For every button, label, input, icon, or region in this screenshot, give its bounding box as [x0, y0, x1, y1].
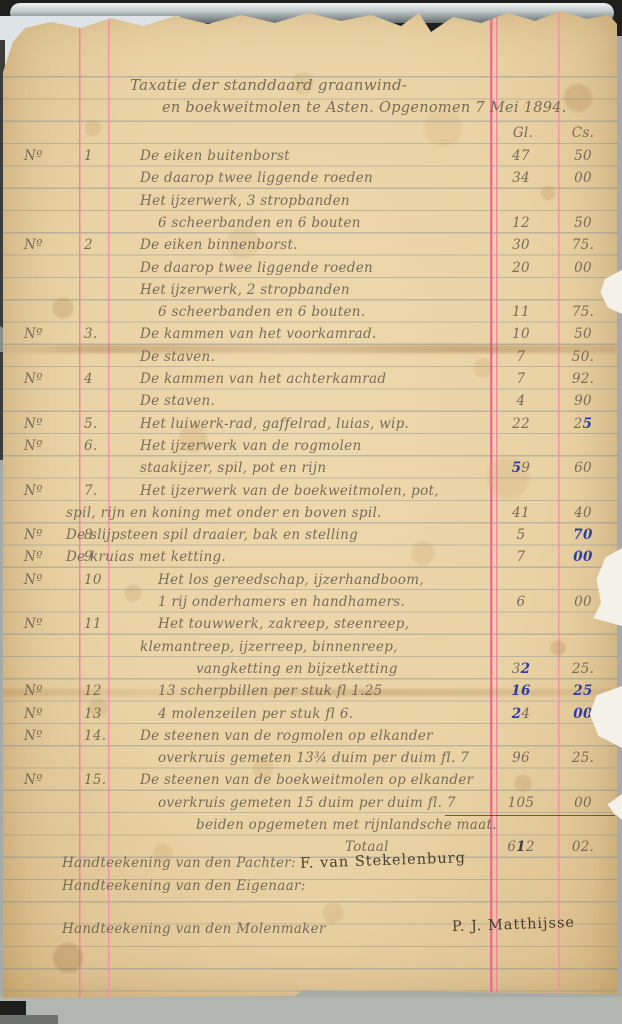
amount-cents: 75. — [556, 304, 610, 320]
item-number: 13 — [84, 706, 102, 722]
amount-segment-blue: 5 — [583, 416, 593, 432]
amount-guilders: 11 — [490, 304, 552, 320]
ledger-line: Nº134 molenzeilen per stuk fl 6.2400 — [0, 706, 622, 728]
amount-cents: 90 — [556, 393, 610, 409]
signature-molenmaker: P. J. Matthijsse — [452, 915, 576, 935]
item-number-prefix: Nº — [24, 616, 43, 632]
amount-guilders: 6 — [490, 594, 552, 610]
line-description: 1 rij onderhamers en handhamers. — [158, 594, 405, 610]
item-number-prefix: Nº — [24, 371, 43, 387]
ledger-line: De daarop twee liggende roeden2000 — [0, 260, 622, 282]
amount-segment: 7 — [517, 549, 526, 565]
amount-segment: 50. — [572, 349, 594, 365]
amount-segment-blue: 5 — [512, 460, 522, 476]
line-description: overkruis gemeten 13¾ duim per duim fl. … — [158, 750, 469, 766]
ledger-line: Nº2De eiken binnenborst.3075. — [0, 237, 622, 259]
amount-segment: 3 — [512, 661, 521, 677]
amount-segment: 6 — [517, 594, 526, 610]
amount-segment: 2 — [526, 839, 535, 855]
amount-segment: 10 — [512, 326, 530, 342]
amount-cents: 25. — [556, 750, 610, 766]
amount-segment: 96 — [512, 750, 530, 766]
item-number: 2 — [84, 237, 93, 253]
amount-segment: 30 — [512, 237, 530, 253]
item-number-prefix: Nº — [24, 527, 43, 543]
ledger-line: overkruis gemeten 13¾ duim per duim fl. … — [0, 750, 622, 772]
amount-guilders: 32 — [490, 661, 552, 677]
ledger-line: Nº7.Het ijzerwerk van de boekweitmolen, … — [0, 483, 622, 505]
amount-cents: 50 — [556, 148, 610, 164]
line-description: Het luiwerk-rad, gaffelrad, luias, wip. — [140, 416, 409, 432]
amount-segment: 41 — [512, 505, 530, 521]
amount-cents: 40 — [556, 505, 610, 521]
line-description: De kammen van het achterkamrad — [140, 371, 386, 387]
line-description: klemantreep, ijzerreep, binnenreep, — [140, 639, 398, 655]
item-number: 12 — [84, 683, 102, 699]
amount-cents: 02. — [556, 839, 610, 855]
ledger-line: Nº5.Het luiwerk-rad, gaffelrad, luias, w… — [0, 416, 622, 438]
line-description: De daarop twee liggende roeden — [140, 260, 373, 276]
amount-segment: 7 — [517, 371, 526, 387]
amount-cents: 50. — [556, 349, 610, 365]
ledger-line: De daarop twee liggende roeden3400 — [0, 170, 622, 192]
ledger-line: Nº1213 scherpbillen per stuk fl 1.251625 — [0, 683, 622, 705]
ledger-line: klemantreep, ijzerreep, binnenreep, — [0, 639, 622, 661]
amount-segment-blue: 16 — [511, 683, 530, 699]
amount-guilders: 5 — [490, 527, 552, 543]
item-number-prefix: Nº — [24, 483, 43, 499]
item-number-prefix: Nº — [24, 572, 43, 588]
line-description: De steenen van de rogmolen op elkander — [140, 728, 433, 744]
amount-guilders: 10 — [490, 326, 552, 342]
amount-cents: 00 — [556, 795, 610, 811]
ledger-line: Nº3.De kammen van het voorkamrad.1050 — [0, 326, 622, 348]
amount-segment-blue: 2 — [521, 661, 531, 677]
line-description: beiden opgemeten met rijnlandsche maat. — [196, 817, 497, 833]
amount-cents: 70 — [556, 527, 610, 543]
amount-segment: 60 — [574, 460, 592, 476]
amount-cents: 50 — [556, 215, 610, 231]
amount-segment: 12 — [512, 215, 530, 231]
amount-segment: 22 — [512, 416, 530, 432]
amount-cents: 00 — [556, 260, 610, 276]
column-header-cents: Cs. — [556, 125, 610, 141]
line-description: De daarop twee liggende roeden — [140, 170, 373, 186]
line-description: Het ijzerwerk van de rogmolen — [140, 438, 361, 454]
amount-segment: 7 — [517, 349, 526, 365]
amount-segment: 105 — [508, 795, 535, 811]
amount-segment-blue: 2 — [512, 706, 522, 722]
line-description: staakijzer, spil, pot en rijn — [140, 460, 326, 476]
signature-label-eigenaar: Handteekening van den Eigenaar: — [62, 878, 306, 894]
amount-cents: 25 — [556, 416, 610, 432]
amount-segment: 11 — [512, 304, 530, 320]
amount-segment-dark: 1 — [516, 839, 526, 855]
item-number-prefix: Nº — [24, 772, 43, 788]
amount-segment: 00 — [574, 795, 592, 811]
scanned-ledger-page: Taxatie der standdaard graanwind- en boe… — [0, 0, 622, 1024]
item-number: 15. — [84, 772, 106, 788]
amount-segment: 90 — [574, 393, 592, 409]
item-number-prefix: Nº — [24, 326, 43, 342]
amount-segment: 92. — [572, 371, 594, 387]
line-description: Het los gereedschap, ijzerhandboom, — [158, 572, 424, 588]
signature-label-pachter: Handteekening van den Pachter: — [62, 855, 296, 871]
ledger-line: Nº1De eiken buitenborst4750 — [0, 148, 622, 170]
line-description: De staven. — [140, 349, 215, 365]
amount-segment-blue: 70 — [573, 527, 592, 543]
ledger-line: beiden opgemeten met rijnlandsche maat. — [0, 817, 622, 839]
amount-segment: 5 — [517, 527, 526, 543]
amount-guilders: 96 — [490, 750, 552, 766]
amount-segment: 6 — [507, 839, 516, 855]
ledger-line: spil, rijn en koning met onder en boven … — [0, 505, 622, 527]
line-description: De steenen van de boekweitmolen op elkan… — [140, 772, 473, 788]
document-title-line-1: Taxatie der standdaard graanwind- — [130, 76, 407, 94]
line-description: Het ijzerwerk, 2 stropbanden — [140, 282, 350, 298]
line-description: De slijpsteen spil draaier, bak en stell… — [66, 527, 358, 543]
handwriting-layer: Taxatie der standdaard graanwind- en boe… — [0, 0, 622, 1024]
amount-segment: 00 — [574, 260, 592, 276]
ledger-line: 6 scheerbanden en 6 bouten1250 — [0, 215, 622, 237]
line-description: De eiken binnenborst. — [140, 237, 298, 253]
ledger-line: 1 rij onderhamers en handhamers.600 — [0, 594, 622, 616]
amount-segment: 50 — [574, 326, 592, 342]
amount-segment: 25. — [572, 750, 594, 766]
ledger-line: Nº9De kruias met ketting.700 — [0, 549, 622, 571]
ledger-line: Nº10Het los gereedschap, ijzerhandboom, — [0, 572, 622, 594]
amount-segment: 4 — [517, 393, 526, 409]
amount-cents: 25. — [556, 661, 610, 677]
amount-cents: 50 — [556, 326, 610, 342]
amount-segment: 00 — [574, 594, 592, 610]
amount-cents: 75. — [556, 237, 610, 253]
line-description: De kammen van het voorkamrad. — [140, 326, 376, 342]
ledger-line: staakijzer, spil, pot en rijn5960 — [0, 460, 622, 482]
item-number-prefix: Nº — [24, 438, 43, 454]
amount-segment: 50 — [574, 215, 592, 231]
item-number-prefix: Nº — [24, 549, 43, 565]
line-description: Het ijzerwerk van de boekweitmolen, pot, — [140, 483, 439, 499]
line-description: 4 molenzeilen per stuk fl 6. — [158, 706, 353, 722]
line-description: 6 scheerbanden en 6 bouten — [158, 215, 361, 231]
amount-cents: 00 — [556, 170, 610, 186]
amount-segment: 9 — [521, 460, 530, 476]
item-number: 14. — [84, 728, 106, 744]
sum-underline — [445, 815, 615, 816]
amount-guilders: 7 — [490, 371, 552, 387]
item-number: 4 — [84, 371, 93, 387]
line-description: spil, rijn en koning met onder en boven … — [66, 505, 382, 521]
ledger-line: Nº15.De steenen van de boekweitmolen op … — [0, 772, 622, 794]
amount-segment-blue: 00 — [573, 549, 592, 565]
amount-segment: 20 — [512, 260, 530, 276]
ledger-line: Nº11Het touwwerk, zakreep, steenreep, — [0, 616, 622, 638]
amount-cents: 60 — [556, 460, 610, 476]
ledger-line: Het ijzerwerk, 2 stropbanden — [0, 282, 622, 304]
ledger-line: 6 scheerbanden en 6 bouten.1175. — [0, 304, 622, 326]
amount-segment: 00 — [574, 170, 592, 186]
amount-segment: 75. — [572, 304, 594, 320]
ledger-line: Nº4De kammen van het achterkamrad792. — [0, 371, 622, 393]
item-number-prefix: Nº — [24, 683, 43, 699]
line-description: vangketting en bijzetketting — [196, 661, 398, 677]
amount-segment: 47 — [512, 148, 530, 164]
amount-segment: 25. — [572, 661, 594, 677]
line-description: 13 scherpbillen per stuk fl 1.25 — [158, 683, 382, 699]
amount-guilders: 24 — [490, 706, 552, 722]
amount-guilders: 34 — [490, 170, 552, 186]
item-number-prefix: Nº — [24, 416, 43, 432]
amount-cents: 92. — [556, 371, 610, 387]
line-description: overkruis gemeten 15 duim per duim fl. 7 — [158, 795, 456, 811]
amount-segment-blue: 25 — [573, 683, 592, 699]
amount-guilders: 47 — [490, 148, 552, 164]
amount-segment: 50 — [574, 148, 592, 164]
amount-guilders: 16 — [490, 683, 552, 699]
amount-segment: 02. — [572, 839, 594, 855]
amount-segment: 75. — [572, 237, 594, 253]
amount-guilders: 20 — [490, 260, 552, 276]
amount-guilders: 7 — [490, 349, 552, 365]
amount-segment: 4 — [521, 706, 530, 722]
amount-guilders: 30 — [490, 237, 552, 253]
amount-guilders: 12 — [490, 215, 552, 231]
ledger-line: Nº8De slijpsteen spil draaier, bak en st… — [0, 527, 622, 549]
ledger-line: Nº14.De steenen van de rogmolen op elkan… — [0, 728, 622, 750]
ledger-line: De staven.750. — [0, 349, 622, 371]
amount-segment-blue: 00 — [573, 706, 592, 722]
line-description: De staven. — [140, 393, 215, 409]
item-number-prefix: Nº — [24, 148, 43, 164]
ledger-line: Het ijzerwerk, 3 stropbanden — [0, 193, 622, 215]
ledger-line: overkruis gemeten 15 duim per duim fl. 7… — [0, 795, 622, 817]
item-number: 6. — [84, 438, 97, 454]
ledger-line: vangketting en bijzetketting3225. — [0, 661, 622, 683]
item-number: 5. — [84, 416, 97, 432]
line-description: Het touwwerk, zakreep, steenreep, — [158, 616, 409, 632]
amount-guilders: 7 — [490, 549, 552, 565]
ledger-line: Nº6.Het ijzerwerk van de rogmolen — [0, 438, 622, 460]
document-title-line-2: en boekweitmolen te Asten. Opgenomen 7 M… — [162, 100, 567, 116]
item-number: 7. — [84, 483, 97, 499]
item-number: 10 — [84, 572, 102, 588]
item-number-prefix: Nº — [24, 706, 43, 722]
signature-label-molenmaker: Handteekening van den Molenmaker — [62, 921, 326, 937]
amount-segment: 34 — [512, 170, 530, 186]
item-number: 1 — [84, 148, 93, 164]
line-description: De eiken buitenborst — [140, 148, 290, 164]
amount-guilders: 612 — [490, 839, 552, 855]
amount-guilders: 4 — [490, 393, 552, 409]
item-number: 11 — [84, 616, 102, 632]
column-header-guilders: Gl. — [492, 125, 554, 141]
item-number: 3. — [84, 326, 97, 342]
amount-guilders: 22 — [490, 416, 552, 432]
line-description: De kruias met ketting. — [66, 549, 226, 565]
amount-segment: 2 — [574, 416, 583, 432]
line-description: Het ijzerwerk, 3 stropbanden — [140, 193, 350, 209]
ledger-line: De staven.490 — [0, 393, 622, 415]
item-number-prefix: Nº — [24, 728, 43, 744]
amount-guilders: 105 — [490, 795, 552, 811]
item-number-prefix: Nº — [24, 237, 43, 253]
amount-guilders: 41 — [490, 505, 552, 521]
amount-cents: 00 — [556, 549, 610, 565]
amount-guilders: 59 — [490, 460, 552, 476]
line-description: 6 scheerbanden en 6 bouten. — [158, 304, 365, 320]
amount-segment: 40 — [574, 505, 592, 521]
